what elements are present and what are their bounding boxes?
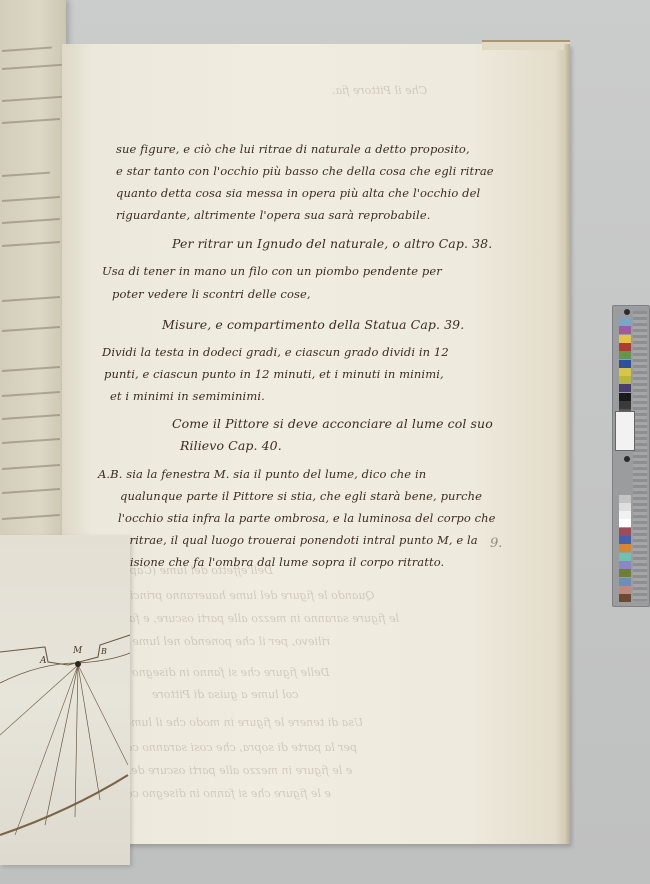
verso-text-line <box>2 172 50 177</box>
page-fore-edge <box>564 44 570 844</box>
verso-text-line <box>2 47 52 52</box>
color-swatch <box>619 511 631 519</box>
text-line: si ritrae, il qual luogo trouerai ponend… <box>116 533 478 547</box>
text-line: l'occhio stia infra la parte ombrosa, e … <box>118 511 496 525</box>
diagram-label-m: M <box>72 646 83 656</box>
color-swatch <box>619 360 631 368</box>
window-light-diagram: A M B <box>0 535 130 865</box>
verso-text-line <box>2 118 60 124</box>
target-hole <box>624 456 630 462</box>
bleed-through-text: Delle figure che si fanno in disegno <box>132 666 330 679</box>
color-calibration-target <box>612 305 650 607</box>
bleed-through-text: col lume a guisa di Pittore <box>152 688 298 701</box>
chapter-heading: Come il Pittore si deve acconciare al lu… <box>172 416 493 431</box>
color-swatch <box>619 495 631 503</box>
verso-text-line <box>2 64 62 70</box>
color-swatch <box>619 594 631 602</box>
text-line: et i minimi in semiminimi. <box>110 389 265 403</box>
verso-text-line <box>2 196 60 202</box>
verso-text-line <box>2 296 60 302</box>
color-swatch <box>619 503 631 511</box>
verso-text-line <box>2 464 60 470</box>
color-swatch <box>619 368 631 376</box>
text-line: e star tanto con l'occhio più basso che … <box>116 164 494 178</box>
diagram-label-b: B <box>100 647 107 656</box>
page-top-edge <box>482 40 570 50</box>
text-line: riguardante, altrimente l'opera sua sarà… <box>116 208 431 222</box>
color-swatch <box>619 393 631 401</box>
color-swatch <box>619 343 631 351</box>
text-line: quanto detta cosa sia messa in opera più… <box>116 186 480 200</box>
text-line: punti, e ciascun punto in 12 minuti, et … <box>104 367 444 381</box>
text-line: A.B. sia la fenestra M. sia il punto del… <box>98 467 426 481</box>
diagram-label-a: A <box>39 656 47 666</box>
color-swatch <box>619 536 631 544</box>
color-swatch <box>619 401 631 409</box>
verso-text-line <box>2 218 60 224</box>
verso-text-line <box>2 241 60 247</box>
color-swatch <box>619 578 631 586</box>
color-swatch <box>619 561 631 569</box>
chapter-heading: Rilievo Cap. 40. <box>180 438 282 453</box>
color-swatch <box>619 335 631 343</box>
bleed-through-text: Che il Pittore fia. <box>332 84 427 97</box>
verso-text-line <box>2 326 60 332</box>
text-line: sue figure, e ciò che lui ritrae di natu… <box>116 142 470 156</box>
color-swatch <box>619 553 631 561</box>
color-swatch <box>619 519 631 527</box>
verso-text-line <box>2 514 60 520</box>
text-line: poter vedere li scontri delle cose, <box>112 287 311 301</box>
chapter-heading: Per ritrar un Ignudo del naturale, o alt… <box>172 236 492 251</box>
text-line: Dividi la testa in dodeci gradi, e ciasc… <box>102 345 449 359</box>
color-swatch <box>619 384 631 392</box>
text-line: qualunque parte il Pittore si stia, che … <box>120 489 482 503</box>
verso-text-line <box>2 391 60 397</box>
manuscript-page: Che il Pittore fia. Dell'effetto del lum… <box>62 44 570 844</box>
text-line: Usa di tener in mano un filo con un piom… <box>102 264 442 278</box>
text-line: divisione che fa l'ombra dal lume sopra … <box>112 555 444 569</box>
color-swatch <box>619 528 631 536</box>
target-label-strip <box>633 311 647 601</box>
verso-text-line <box>2 96 62 102</box>
target-hole <box>624 309 630 315</box>
diagram-flap: A M B <box>0 535 130 865</box>
color-swatch <box>619 318 631 326</box>
color-swatch <box>619 544 631 552</box>
color-swatch <box>619 586 631 594</box>
color-swatch <box>619 376 631 384</box>
chapter-heading: Misure, e compartimento della Statua Cap… <box>162 317 464 332</box>
color-swatch <box>619 326 631 334</box>
color-swatch <box>619 569 631 577</box>
folio-number: 9. <box>490 536 502 551</box>
verso-page <box>0 0 66 545</box>
verso-text-line <box>2 414 60 420</box>
target-id-card <box>615 411 635 451</box>
verso-text-line <box>2 488 60 494</box>
verso-text-line <box>2 366 60 372</box>
color-swatch <box>619 351 631 359</box>
verso-text-line <box>2 438 60 444</box>
